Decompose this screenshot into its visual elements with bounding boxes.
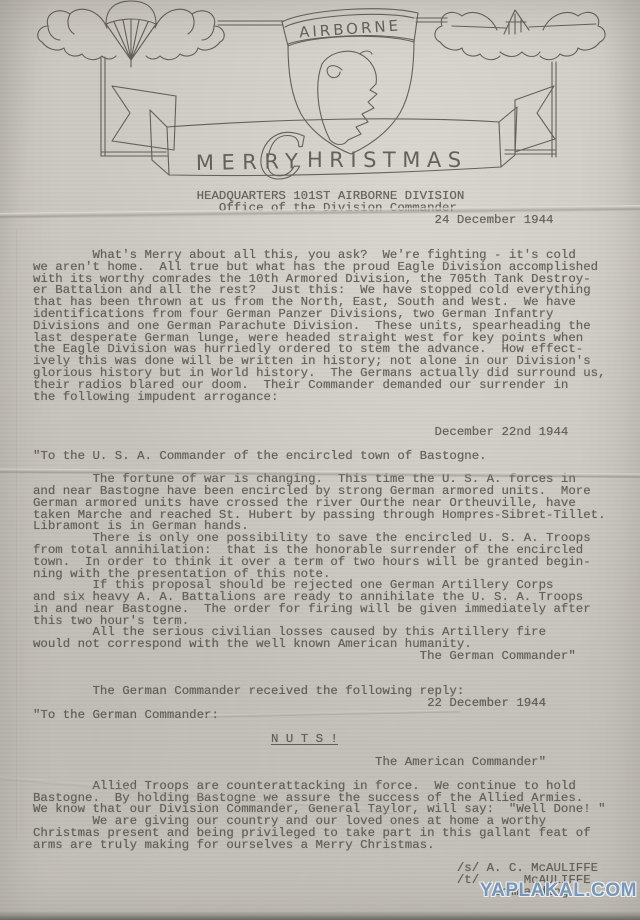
letter-line: December 22nd 1944 [33,427,629,439]
merry-christmas-banner: MERRY C HRISTMAS [112,86,555,193]
letter-line: The American Commander" [33,757,629,769]
letter-line: arms are truly making for ourselves a Me… [33,840,629,852]
airborne-tab-label: AIRBORNE [299,16,402,41]
glider-wings-icon [435,10,605,60]
letter-line [33,403,629,415]
watermark: YAPLAKAL.COM [480,880,637,902]
letter-line: "To the U. S. A. Commander of the encirc… [33,451,629,463]
letter-line: N U T S ! [33,734,629,746]
letter-line: "To the German Commander: [33,710,629,722]
photo-bottom-edge [0,911,640,920]
letter-line [33,226,629,238]
parachutist-wings-icon [38,1,225,67]
nuts-reply-text: N U T S ! [271,732,338,746]
letter-line: the following impudent arrogance: [33,392,629,404]
letter-line: The German Commander" [33,651,629,663]
letter-line [33,663,629,675]
letter-line: 24 December 1944 [33,215,629,227]
letter-body: HEADQUARTERS 101ST AIRBORNE DIVISION Off… [33,191,629,899]
paper-crease [16,230,19,840]
scanned-letter-photo: AIRBORNE MERRY C HRISTMAS [0,0,640,920]
eagle-shield-icon [288,36,414,154]
banner-big-c: C [258,120,305,193]
banner-word-hristmas: HRISTMAS [307,148,468,172]
letterhead-artwork: AIRBORNE MERRY C HRISTMAS [0,0,640,195]
